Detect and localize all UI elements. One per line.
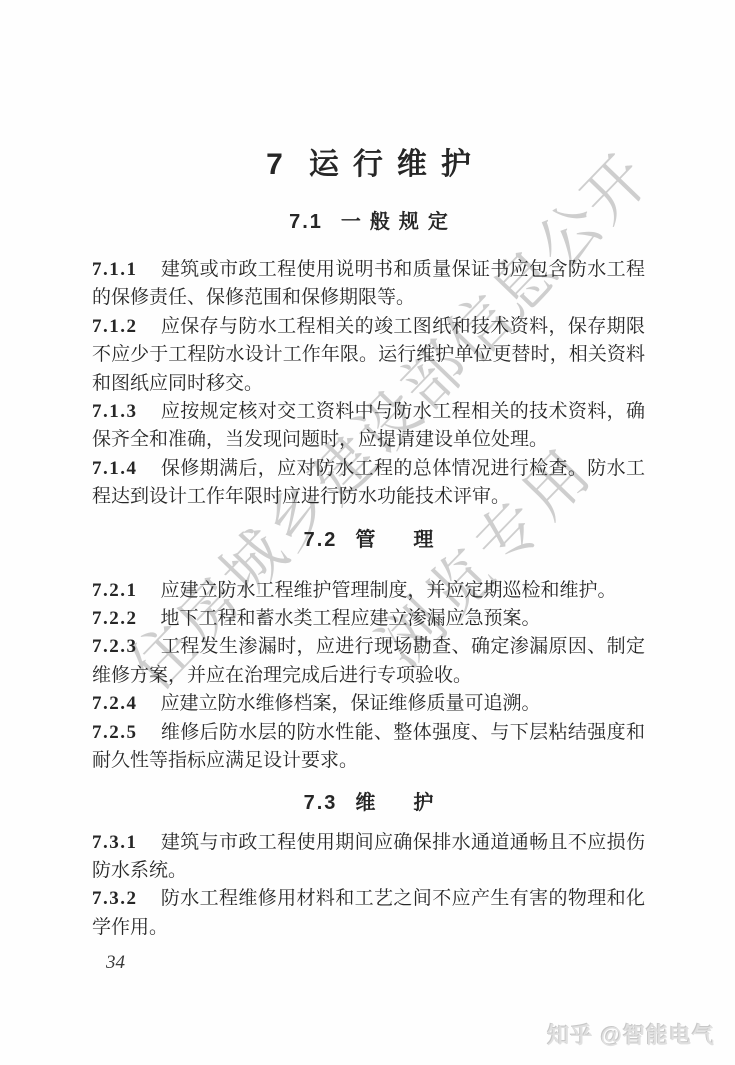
clause-number: 7.1.3: [92, 401, 138, 422]
clause-number: 7.2.1: [92, 580, 138, 601]
chapter-title-text: 运行维护: [309, 148, 485, 181]
clause-text: 建筑或市政工程使用说明书和质量保证书应包含防水工程的保修责任、保修范围和保修期限…: [92, 259, 645, 308]
page-content: 7运行维护 7.1一般规定 7.1.1建筑或市政工程使用说明书和质量保证书应包含…: [92, 0, 645, 973]
clause-number: 7.1.2: [92, 316, 138, 337]
section-number: 7.3: [304, 792, 338, 814]
clause-text: 应按规定核对交工资料中与防水工程相关的技术资料，确保齐全和准确，当发现问题时，应…: [92, 401, 645, 450]
clause-7-1-3: 7.1.3应按规定核对交工资料中与防水工程相关的技术资料，确保齐全和准确，当发现…: [92, 398, 645, 455]
clause-text: 工程发生渗漏时，应进行现场勘查、确定渗漏原因、制定维修方案，并应在治理完成后进行…: [92, 636, 645, 685]
section-heading-7-2: 7.2管 理: [92, 527, 645, 553]
section-title: 一般规定: [341, 211, 457, 233]
section-heading-7-1: 7.1一般规定: [92, 209, 645, 235]
clause-7-2-4: 7.2.4应建立防水维修档案，保证维修质量可追溯。: [92, 690, 645, 718]
chapter-number: 7: [266, 148, 283, 181]
clause-text: 应保存与防水工程相关的竣工图纸和技术资料，保存期限不应少于工程防水设计工作年限。…: [92, 316, 645, 394]
clause-number: 7.2.3: [92, 636, 138, 657]
section-number: 7.2: [304, 529, 338, 551]
clause-7-1-1: 7.1.1建筑或市政工程使用说明书和质量保证书应包含防水工程的保修责任、保修范围…: [92, 256, 645, 313]
clause-7-1-2: 7.1.2应保存与防水工程相关的竣工图纸和技术资料，保存期限不应少于工程防水设计…: [92, 313, 645, 398]
section-heading-7-3: 7.3维 护: [92, 790, 645, 816]
section-title: 管 理: [355, 529, 442, 551]
clause-number: 7.3.2: [92, 888, 138, 909]
clause-number: 7.1.4: [92, 458, 138, 479]
clause-number: 7.2.2: [92, 608, 138, 629]
zhihu-credit-watermark: 知乎 @智能电气: [547, 1019, 715, 1050]
clause-7-2-5: 7.2.5维修后防水层的防水性能、整体强度、与下层粘结强度和耐久性等指标应满足设…: [92, 719, 645, 776]
page-number: 34: [106, 953, 645, 973]
document-page: 住房城乡建设部信息公开 浏览专用 7运行维护 7.1一般规定 7.1.1建筑或市…: [0, 0, 735, 1065]
clause-text: 建筑与市政工程使用期间应确保排水通道通畅且不应损伤防水系统。: [92, 832, 645, 881]
clause-text: 应建立防水工程维护管理制度，并应定期巡检和维护。: [161, 580, 617, 601]
section-title: 维 护: [355, 792, 442, 814]
chapter-title: 7运行维护: [92, 148, 645, 182]
clause-7-2-1: 7.2.1应建立防水工程维护管理制度，并应定期巡检和维护。: [92, 577, 645, 605]
clause-number: 7.2.5: [92, 722, 138, 743]
clause-7-3-1: 7.3.1建筑与市政工程使用期间应确保排水通道通畅且不应损伤防水系统。: [92, 829, 645, 886]
clause-text: 应建立防水维修档案，保证维修质量可追溯。: [161, 693, 541, 714]
clause-text: 防水工程维修用材料和工艺之间不应产生有害的物理和化学作用。: [92, 888, 645, 937]
clause-text: 维修后防水层的防水性能、整体强度、与下层粘结强度和耐久性等指标应满足设计要求。: [92, 722, 645, 771]
clause-number: 7.2.4: [92, 693, 138, 714]
clause-number: 7.1.1: [92, 259, 138, 280]
clause-7-2-2: 7.2.2地下工程和蓄水类工程应建立渗漏应急预案。: [92, 605, 645, 633]
section-number: 7.1: [289, 211, 323, 233]
clause-text: 地下工程和蓄水类工程应建立渗漏应急预案。: [161, 608, 541, 629]
clause-7-1-4: 7.1.4保修期满后，应对防水工程的总体情况进行检查。防水工程达到设计工作年限时…: [92, 455, 645, 512]
clause-7-2-3: 7.2.3工程发生渗漏时，应进行现场勘查、确定渗漏原因、制定维修方案，并应在治理…: [92, 633, 645, 690]
clause-7-3-2: 7.3.2防水工程维修用材料和工艺之间不应产生有害的物理和化学作用。: [92, 885, 645, 942]
clause-text: 保修期满后，应对防水工程的总体情况进行检查。防水工程达到设计工作年限时应进行防水…: [92, 458, 645, 507]
clause-number: 7.3.1: [92, 832, 138, 853]
